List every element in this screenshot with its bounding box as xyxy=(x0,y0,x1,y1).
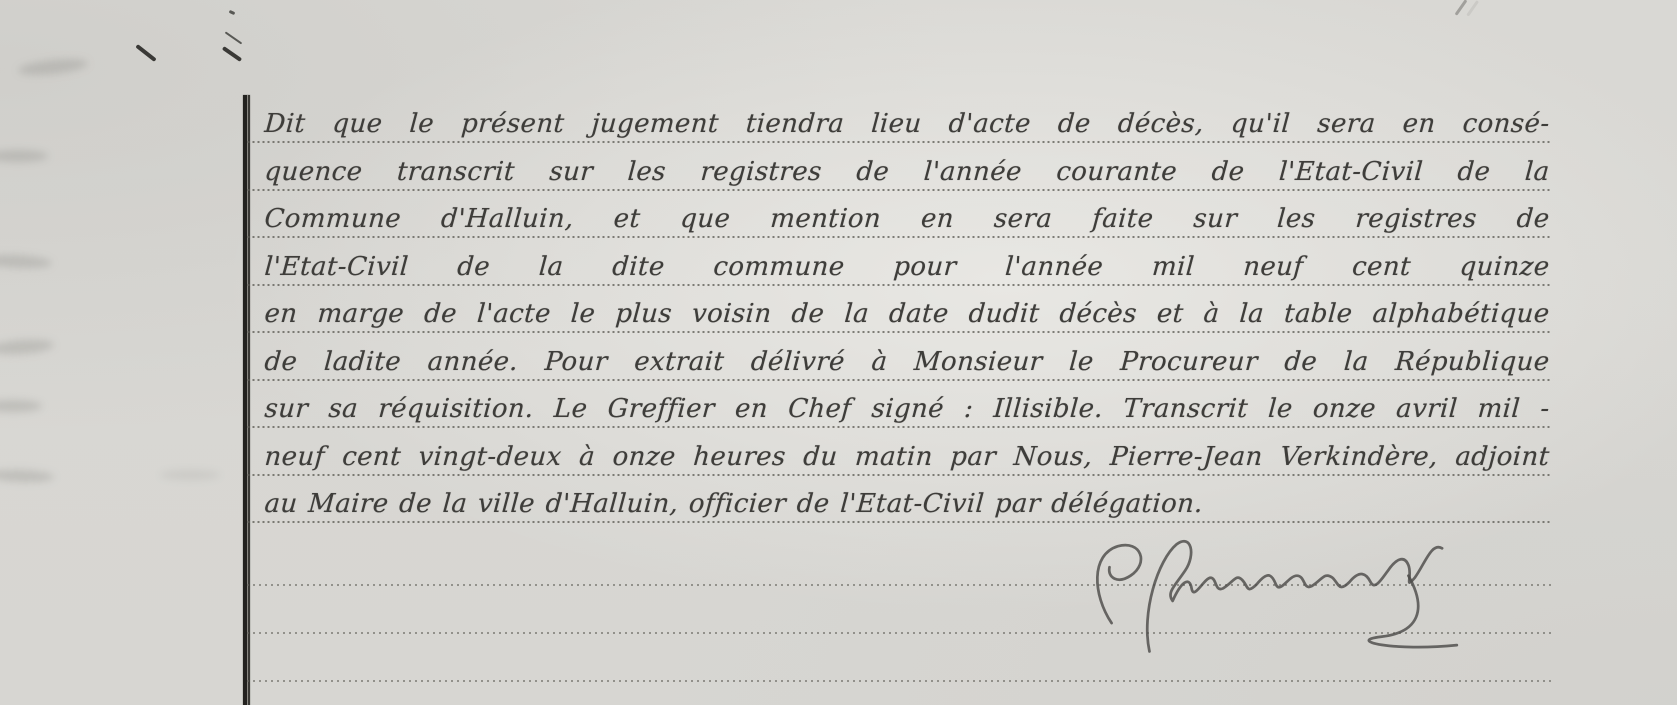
stray-pen-mark xyxy=(1455,0,1468,16)
ink-bleed-mark xyxy=(160,470,220,480)
margin-rule xyxy=(243,95,250,705)
text-line-1: Dit que le présent jugement tiendra lieu… xyxy=(263,99,1551,147)
text-line-7: sur sa réquisition. Le Greffier en Chef … xyxy=(263,384,1551,432)
stray-pen-mark xyxy=(135,44,156,62)
register-page: Dit que le présent jugement tiendra lieu… xyxy=(0,0,1677,705)
text-line-4: l'Etat-Civil de la dite commune pour l'a… xyxy=(263,242,1551,290)
text-line-5: en marge de l'acte le plus voisin de la … xyxy=(263,289,1551,337)
text-line-3: Commune d'Halluin, et que mention en ser… xyxy=(263,194,1551,242)
stray-pen-mark xyxy=(229,10,236,15)
ink-bleed-mark xyxy=(0,400,42,412)
ink-bleed-mark xyxy=(17,56,88,77)
text-line-2: quence transcrit sur les registres de l'… xyxy=(263,147,1551,195)
signature xyxy=(1080,512,1480,692)
ink-bleed-mark xyxy=(0,469,54,483)
text-line-8: neuf cent vingt-deux à onze heures du ma… xyxy=(263,432,1551,480)
ink-bleed-mark xyxy=(0,253,52,270)
stray-pen-mark xyxy=(222,46,242,62)
ink-bleed-mark xyxy=(0,150,48,162)
text-line-6: de ladite année. Pour extrait délivré à … xyxy=(263,337,1551,385)
ink-bleed-mark xyxy=(0,338,54,356)
